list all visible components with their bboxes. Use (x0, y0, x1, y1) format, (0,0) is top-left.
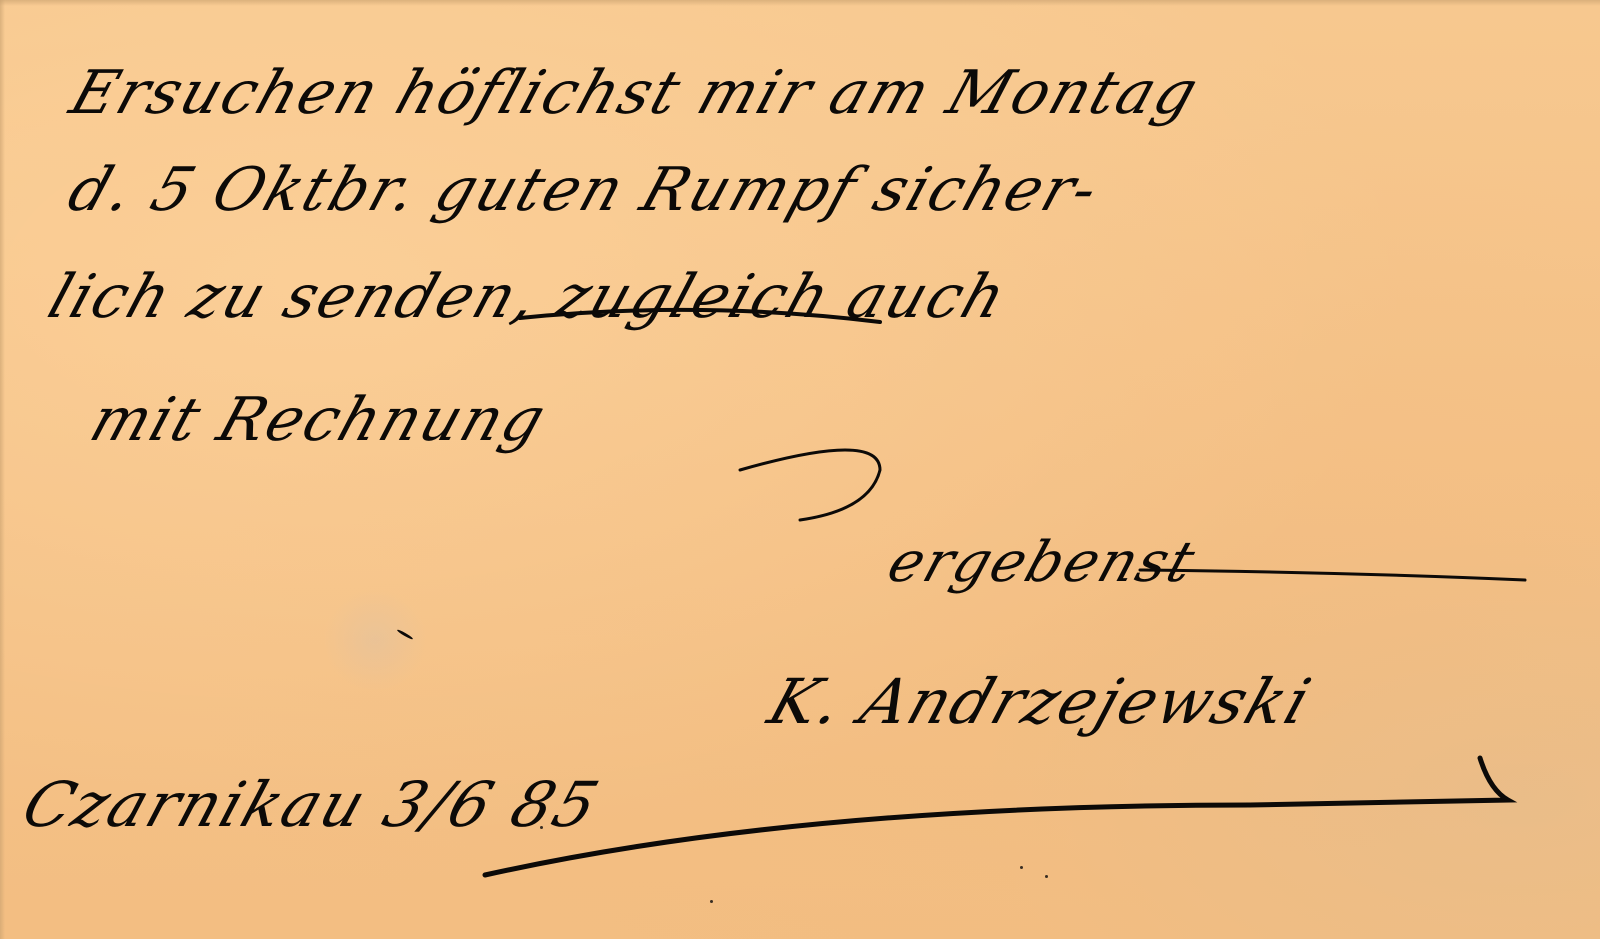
paper-edge-top (0, 0, 1600, 6)
handwritten-line-2: d. 5 Oktbr. guten Rumpf sicher- (60, 155, 1108, 225)
closing-salutation: ergebenst (880, 530, 1204, 595)
speck (1020, 866, 1023, 869)
signature: K. Andrzejewski (760, 665, 1321, 738)
place-and-date: Czarnikau 3/6 85 (14, 768, 609, 841)
handwritten-line-4: mit Rechnung (82, 385, 555, 455)
speck (540, 826, 543, 829)
handwritten-line-3: lich zu senden, zugleich auch (40, 262, 1016, 332)
paper-stain (320, 590, 430, 690)
speck (1045, 875, 1048, 878)
handwritten-line-1: Ersuchen höflichst mir am Montag (62, 58, 1208, 128)
paper-edge-left (0, 0, 5, 939)
speck (710, 900, 713, 903)
